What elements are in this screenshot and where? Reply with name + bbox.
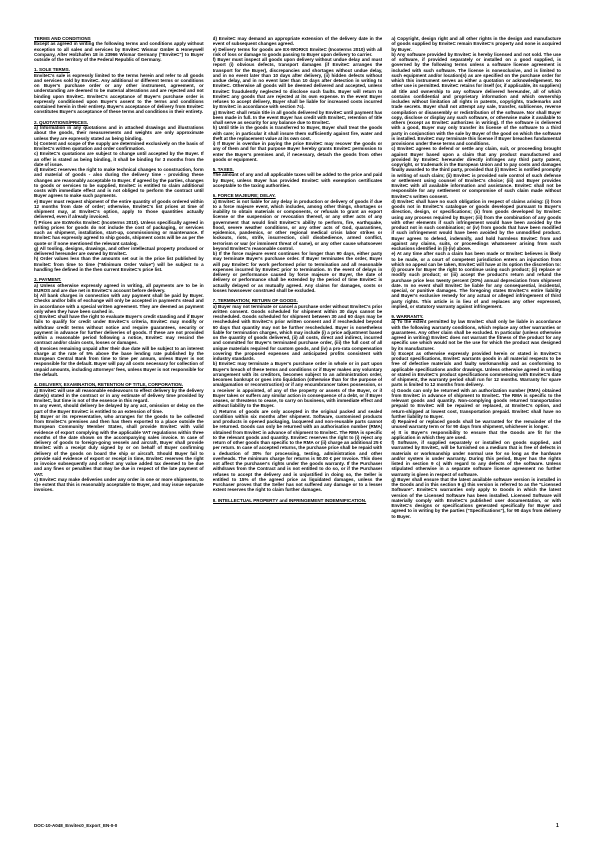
clause-paragraph: d) EnviteC reserves the right to make te… [34,167,204,199]
clause-paragraph: g) Buyer shall ensure that the latest av… [391,477,561,519]
clause-paragraph: h) Order values less than the amounts se… [34,256,204,272]
clause-paragraph: a) Information in any quotations and in … [34,125,204,141]
clause-paragraph: f) Software, if supplied separately or i… [391,440,561,477]
section-heading: 4. DELIVERY, EXAMINATION, RETENTION OF T… [34,382,204,387]
column-middle: d) EnviteC may demand an appropriate ext… [213,36,383,806]
clause-paragraph: b) If the force majeure event continues … [213,251,383,293]
clause-paragraph: b) All bank charges in connection with a… [34,293,204,314]
clause-paragraph: i) If Buyer is overdue in paying the pri… [213,141,383,162]
clause-paragraph: a) Copyright, design right and all other… [391,36,561,52]
clause-paragraph: d) EnviteC shall have no such obligation… [391,199,561,252]
clause-paragraph: c) Goods can only be returned with an au… [391,388,561,420]
column-left: TERMS AND CONDITIONSExcept as agreed in … [34,36,204,806]
column-right: a) Copyright, design right and all other… [391,36,561,806]
clause-paragraph: In any event, should delivery be delayed… [34,403,204,414]
clause-paragraph: h) Until title in the goods is transferr… [213,125,383,141]
clause-paragraph: c) EnviteC may make deliveries under any… [34,477,204,493]
clause-paragraph: b) Content and scope of the supply are d… [34,141,204,152]
clause-paragraph: Except as agreed in writing the followin… [34,41,204,62]
clause-paragraph: The amount of any and all applicable tax… [213,172,383,188]
clause-paragraph: a) To the extent permitted by law Envite… [391,319,561,351]
clause-paragraph: d) Repaired or replaced goods shall be w… [391,419,561,430]
clause-paragraph: a) EnviteC is not liable for any delay i… [213,199,383,252]
clause-paragraph: e) At any time after such a claim has be… [391,251,561,309]
clause-paragraph: g) All tooling, designs, drawings, and o… [34,246,204,257]
clause-paragraph: d) Invoices remaining unpaid after their… [34,346,204,378]
clause-paragraph: EnviteC's sale is expressly limited to t… [34,73,204,115]
clause-paragraph: e) Buyer must request shipment of the en… [34,199,204,220]
clause-paragraph: e) Delivery terms for goods are EX-WORKS… [213,47,383,58]
clause-paragraph: d) EnviteC may demand an appropriate ext… [213,36,383,47]
clause-paragraph: c) EnviteC's quotations are subject to c… [34,151,204,167]
clause-paragraph: a) Unless otherwise expressly agreed in … [34,283,204,294]
clause-paragraph: c) Returns of goods are only accepted in… [213,409,383,493]
document-footer-code: DOC-10-A048_Envitec0_Export_EN-0-0 [34,823,117,828]
terms-and-conditions-page: TERMS AND CONDITIONSExcept as agreed in … [34,36,561,806]
clause-paragraph: a) Buyer may not terminate or cancel a p… [213,304,383,362]
clause-paragraph: b) Any software provided by EnviteC is h… [391,52,561,147]
clause-paragraph: f) Buyer must inspect all goods upon del… [213,57,383,110]
section-heading: 8. INTELLECTUAL PROPERTY and INFRINGEMEN… [213,498,383,503]
clause-paragraph: b) Except as otherwise expressly provide… [391,351,561,388]
clause-paragraph: g) EnviteC shall retain title in all goo… [213,110,383,126]
page-number: 1 [556,823,559,829]
clause-paragraph: a) EnviteC will use all reasonable endea… [34,388,204,404]
clause-paragraph: b) Buyer or its representative, who arra… [34,414,204,477]
clause-paragraph: c) EnviteC shall have the right to evalu… [34,314,204,346]
clause-paragraph: e) It is Buyer's responsibility to ensur… [391,430,561,441]
clause-paragraph: c) EnviteC agrees to defend or settle an… [391,146,561,199]
clause-paragraph: f) Prices are ExWorks EnviteC (Incoterms… [34,220,204,246]
clause-paragraph: b) EnviteC may terminate a Buyer's purch… [213,361,383,408]
